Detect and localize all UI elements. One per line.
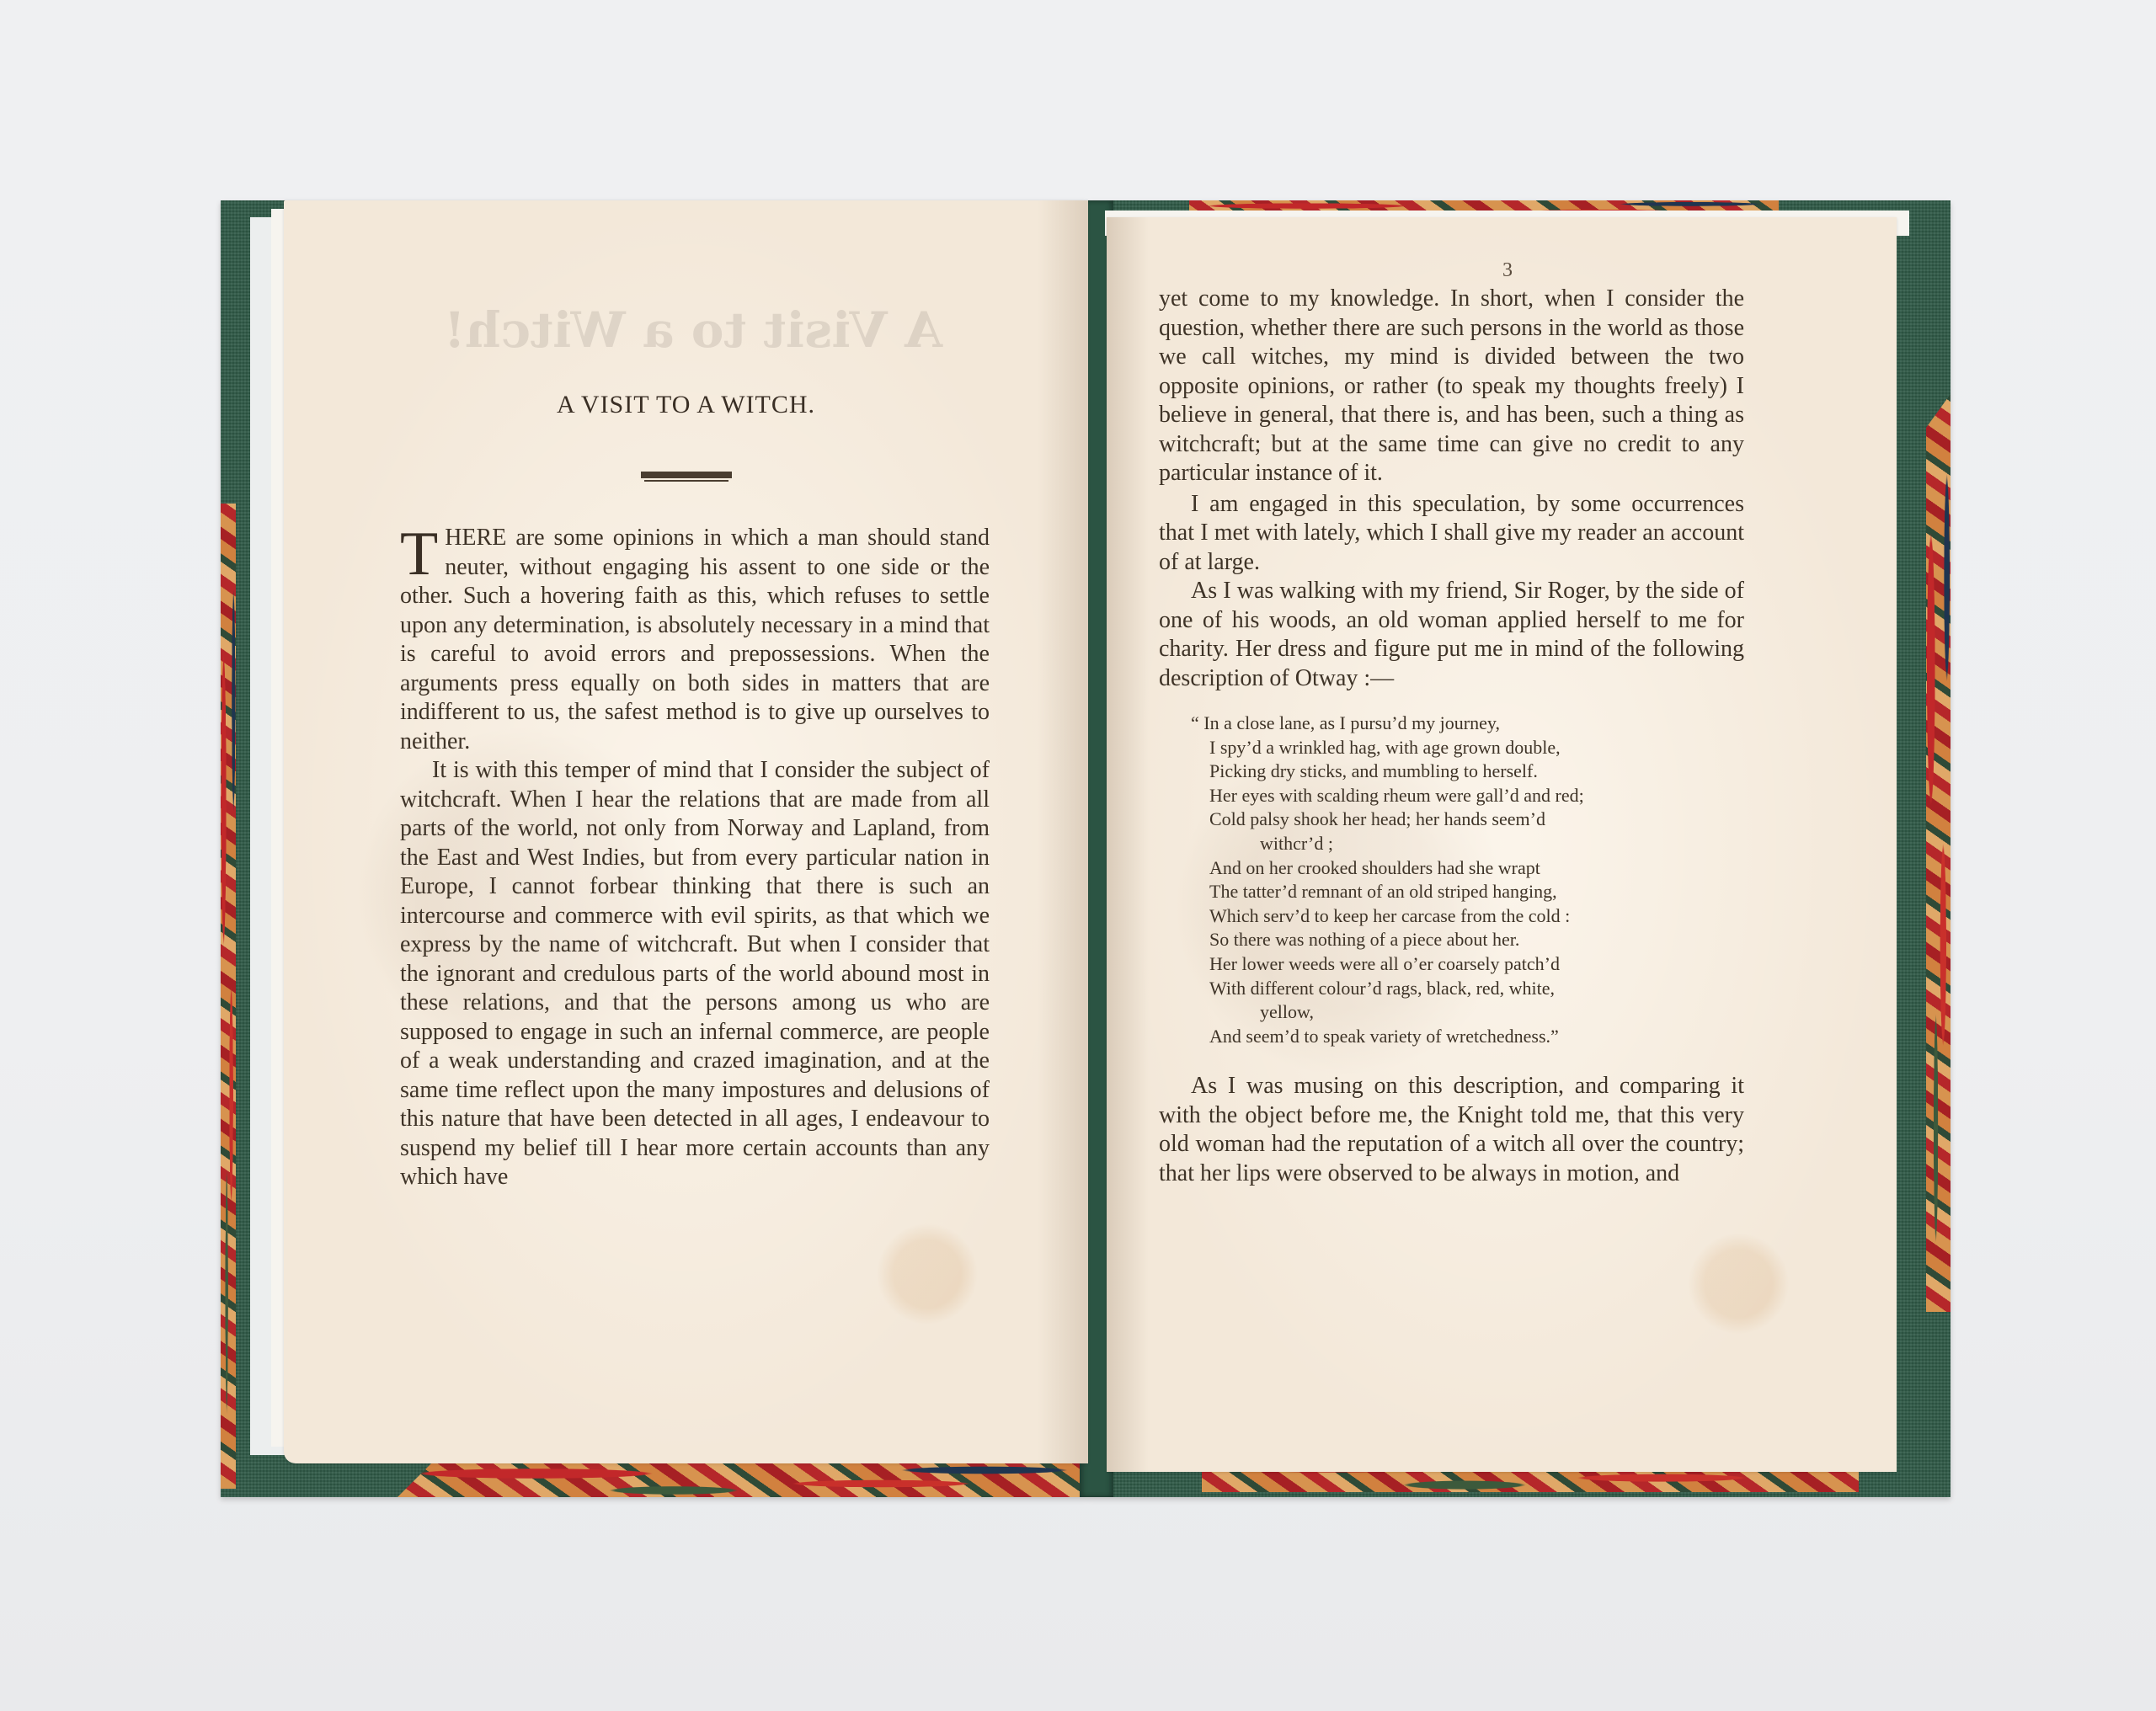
poem-line: Her eyes with scalding rheum were gall’d… (1209, 784, 1744, 808)
paragraph-2: It is with this temper of mind that I co… (400, 756, 990, 1192)
right-body-text: yet come to my knowledge. In short, when… (1159, 285, 1744, 1188)
poem-line: With different colour’d rags, black, red… (1209, 977, 1744, 1001)
poem-line: So there was nothing of a piece about he… (1209, 928, 1744, 952)
paragraph-3: As I was walking with my friend, Sir Rog… (1159, 577, 1744, 693)
marbled-paper-left-edge (221, 504, 236, 1489)
otway-poem: “ In a close lane, as I pursu’d my journ… (1209, 712, 1744, 1048)
poem-line: The tatter’d remnant of an old striped h… (1209, 880, 1744, 904)
poem-line: withcr’d ; (1209, 832, 1744, 856)
paragraph-2: I am engaged in this speculation, by som… (1159, 490, 1744, 578)
title-rule-thin (644, 480, 728, 482)
page-title: A VISIT TO A WITCH. (284, 391, 1088, 419)
left-page: A Visit to a Witch! A VISIT TO A WITCH. … (284, 200, 1088, 1463)
poem-line: Picking dry sticks, and mumbling to hers… (1209, 760, 1744, 784)
marbled-paper-right-edge (1926, 394, 1951, 1312)
poem-line: “ In a close lane, as I pursu’d my journ… (1191, 712, 1744, 736)
poem-line: And seem’d to speak variety of wretchedn… (1209, 1025, 1744, 1049)
title-rule (641, 472, 732, 478)
marbled-paper-bottom-left (398, 1463, 1088, 1497)
show-through-heading: A Visit to a Witch! (444, 301, 942, 359)
drop-cap: T (400, 529, 438, 579)
poem-line: Which serv’d to keep her carcase from th… (1209, 904, 1744, 929)
paragraph-1: THERE are some opinions in which a man s… (400, 524, 990, 756)
poem-line: Her lower weeds were all o’er coarsely p… (1209, 952, 1744, 977)
gutter-shadow (1107, 217, 1149, 1472)
page-number: 3 (1502, 259, 1513, 282)
open-book: A Visit to a Witch! A VISIT TO A WITCH. … (221, 200, 1951, 1497)
poem-line: And on her crooked shoulders had she wra… (1209, 856, 1744, 881)
paragraph-1-text: HERE are some opinions in which a man sh… (400, 525, 990, 754)
poem-line: Cold palsy shook her head; her hands see… (1209, 808, 1744, 832)
poem-line: yellow, (1209, 1000, 1744, 1025)
paragraph-4: As I was musing on this description, and… (1159, 1072, 1744, 1188)
left-body-text: THERE are some opinions in which a man s… (400, 524, 990, 1192)
gutter-shadow (1038, 200, 1088, 1463)
paragraph-1: yet come to my knowledge. In short, when… (1159, 285, 1744, 488)
poem-line: I spy’d a wrinkled hag, with age grown d… (1209, 736, 1744, 760)
right-page: 3 yet come to my knowledge. In short, wh… (1107, 217, 1897, 1472)
